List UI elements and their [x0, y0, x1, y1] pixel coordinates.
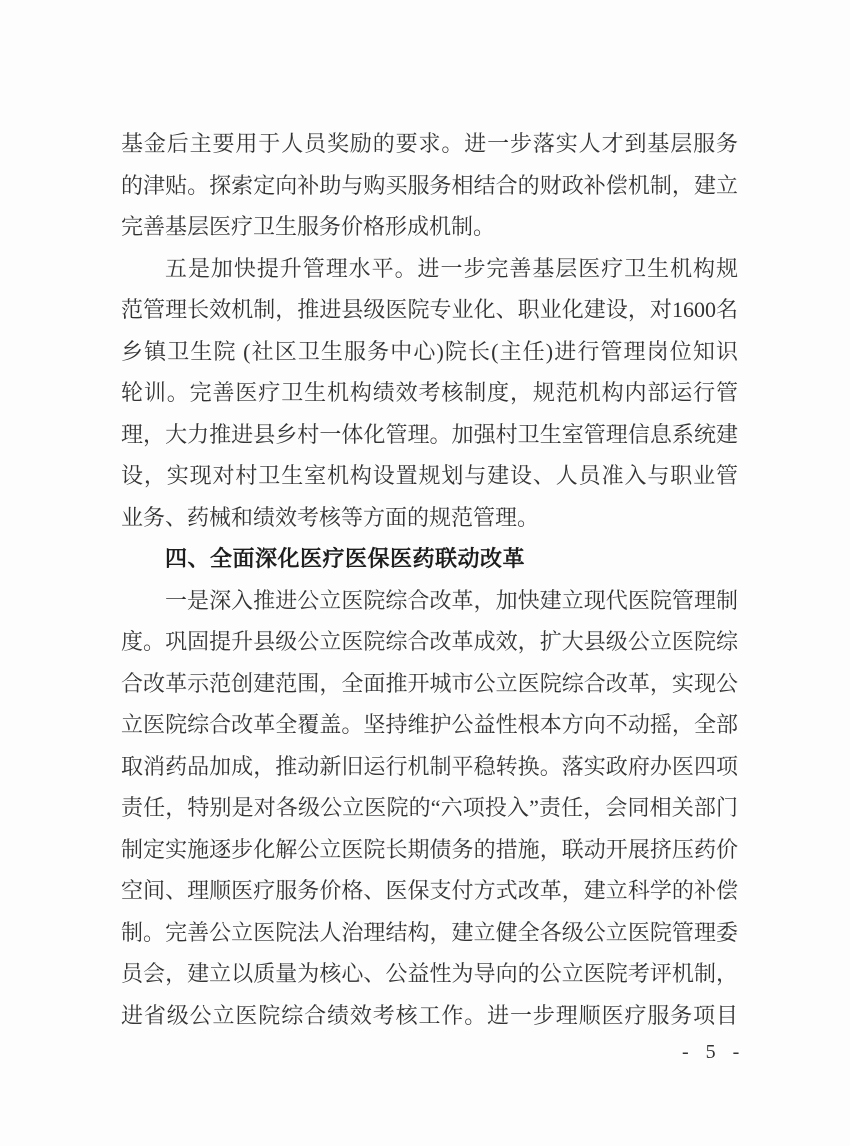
- text-line: 度。巩固提升县级公立医院综合改革成效，扩大县级公立医院综: [121, 621, 738, 663]
- document-body: 基金后主要用于人员奖励的要求。进一步落实人才到基层服务的津贴。探索定向补助与购买…: [121, 123, 738, 1036]
- page-number: - 5 -: [682, 1040, 752, 1064]
- text-line: 责任，特别是对各级公立医院的“六项投入”责任，会同相关部门: [121, 787, 738, 829]
- text-line: 业务、药械和绩效考核等方面的规范管理。: [121, 497, 738, 539]
- text-line: 理，大力推进县乡村一体化管理。加强村卫生室管理信息系统建: [121, 414, 738, 456]
- text-line: 取消药品加成，推动新旧运行机制平稳转换。落实政府办医四项: [121, 746, 738, 788]
- text-line: 进省级公立医院综合绩效考核工作。进一步理顺医疗服务项目: [121, 995, 738, 1037]
- text-line: 立医院综合改革全覆盖。坚持维护公益性根本方向不动摇，全部: [121, 704, 738, 746]
- text-line: 五是加快提升管理水平。进一步完善基层医疗卫生机构规: [121, 248, 738, 290]
- section-heading: 四、全面深化医疗医保医药联动改革: [121, 538, 738, 580]
- text-line: 空间、理顺医疗服务价格、医保支付方式改革，建立科学的补偿机: [121, 870, 738, 912]
- text-line: 一是深入推进公立医院综合改革，加快建立现代医院管理制: [121, 580, 738, 622]
- text-line: 范管理长效机制，推进县级医院专业化、职业化建设，对1600名: [121, 289, 738, 331]
- text-line: 制。完善公立医院法人治理结构，建立健全各级公立医院管理委: [121, 912, 738, 954]
- text-line: 设，实现对村卫生室机构设置规划与建设、人员准入与职业管理、: [121, 455, 738, 497]
- document-page: 基金后主要用于人员奖励的要求。进一步落实人才到基层服务的津贴。探索定向补助与购买…: [0, 0, 850, 1146]
- text-line: 基金后主要用于人员奖励的要求。进一步落实人才到基层服务: [121, 123, 738, 165]
- text-line: 合改革示范创建范围，全面推开城市公立医院综合改革，实现公: [121, 663, 738, 705]
- text-line: 的津贴。探索定向补助与购买服务相结合的财政补偿机制，建立: [121, 165, 738, 207]
- text-line: 员会，建立以质量为核心、公益性为导向的公立医院考评机制，推: [121, 953, 738, 995]
- text-line: 完善基层医疗卫生服务价格形成机制。: [121, 206, 738, 248]
- text-line: 制定实施逐步化解公立医院长期债务的措施，联动开展挤压药价: [121, 829, 738, 871]
- text-line: 乡镇卫生院 (社区卫生服务中心)院长(主任)进行管理岗位知识: [121, 331, 738, 373]
- text-line: 轮训。完善医疗卫生机构绩效考核制度，规范机构内部运行管: [121, 372, 738, 414]
